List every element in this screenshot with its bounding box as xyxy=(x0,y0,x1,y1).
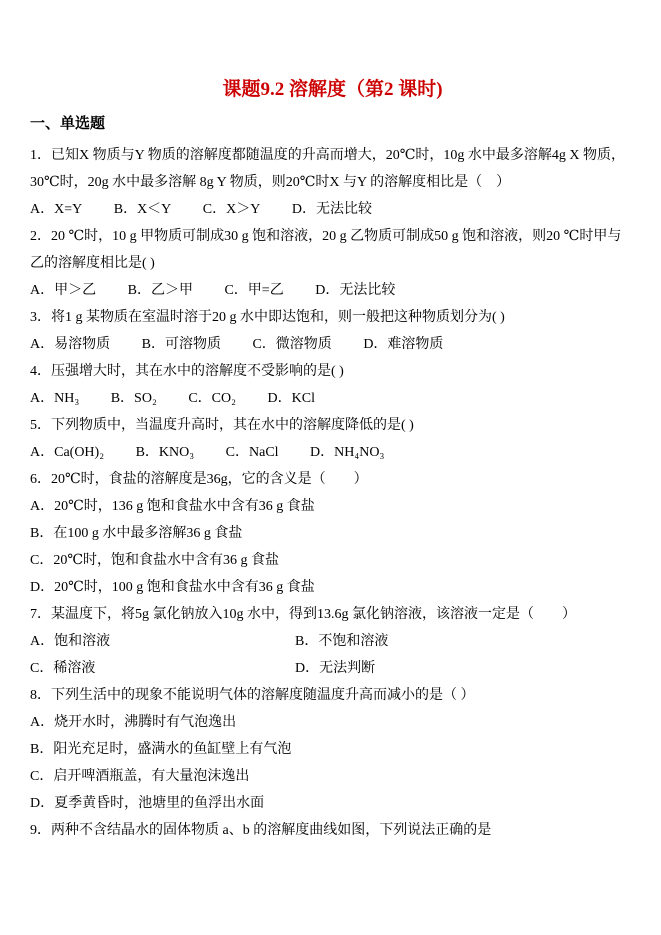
question-8-stem: 8．下列生活中的现象不能说明气体的溶解度随温度升高而减小的是（ ） xyxy=(30,682,635,709)
question-4-options: A．NH₃ B．SO₂ C．CO₂ D．KCl xyxy=(30,385,635,412)
question-8-option-c: C．启开啤酒瓶盖，有大量泡沫逸出 xyxy=(30,763,635,790)
question-4: 4．压强增大时，其在水中的溶解度不受影响的是( ) A．NH₃ B．SO₂ C．… xyxy=(30,358,635,412)
question-7-option-c: C．稀溶液 xyxy=(30,655,295,682)
question-5-option-d: D．NH₄NO₃ xyxy=(310,445,384,460)
question-7-option-d: D．无法判断 xyxy=(295,655,635,682)
question-3-option-c: C．微溶物质 xyxy=(252,337,331,352)
question-8-option-b: B．阳光充足时，盛满水的鱼缸壁上有气泡 xyxy=(30,736,635,763)
question-6-option-a: A．20℃时，136 g 饱和食盐水中含有36 g 食盐 xyxy=(30,493,635,520)
question-6-stem: 6．20℃时，食盐的溶解度是36g，它的含义是（ ） xyxy=(30,466,635,493)
question-8-options: A．烧开水时，沸腾时有气泡逸出 B．阳光充足时，盛满水的鱼缸壁上有气泡 C．启开… xyxy=(30,709,635,817)
question-3-option-d: D．难溶物质 xyxy=(363,337,443,352)
question-6-options: A．20℃时，136 g 饱和食盐水中含有36 g 食盐 B．在100 g 水中… xyxy=(30,493,635,601)
question-6-option-b: B．在100 g 水中最多溶解36 g 食盐 xyxy=(30,520,635,547)
question-7-stem: 7．某温度下，将5g 氯化钠放入10g 水中，得到13.6g 氯化钠溶液，该溶液… xyxy=(30,601,635,628)
question-8-option-d: D．夏季黄昏时，池塘里的鱼浮出水面 xyxy=(30,790,635,817)
question-1-option-b: B．X＜Y xyxy=(114,202,172,217)
question-6-option-d: D．20℃时，100 g 饱和食盐水中含有36 g 食盐 xyxy=(30,574,635,601)
question-4-option-c: C．CO₂ xyxy=(188,391,236,406)
page-title: 课题9.2 溶解度（第2 课时) xyxy=(30,76,635,104)
question-1-option-c: C．X＞Y xyxy=(203,202,261,217)
question-1: 1．已知X 物质与Y 物质的溶解度都随温度的升高而增大，20℃时，10g 水中最… xyxy=(30,142,635,223)
question-3-stem: 3．将1 g 某物质在室温时溶于20 g 水中即达饱和，则一般把这种物质划分为(… xyxy=(30,304,635,331)
question-5-option-c: C．NaCl xyxy=(226,445,279,460)
question-1-option-a: A．X=Y xyxy=(30,202,82,217)
question-8: 8．下列生活中的现象不能说明气体的溶解度随温度升高而减小的是（ ） A．烧开水时… xyxy=(30,682,635,817)
question-3-options: A．易溶物质 B．可溶物质 C．微溶物质 D．难溶物质 xyxy=(30,331,635,358)
question-6-option-c: C．20℃时，饱和食盐水中含有36 g 食盐 xyxy=(30,547,635,574)
question-1-options: A．X=Y B．X＜Y C．X＞Y D．无法比较 xyxy=(30,196,635,223)
question-list: 1．已知X 物质与Y 物质的溶解度都随温度的升高而增大，20℃时，10g 水中最… xyxy=(30,142,635,844)
question-5-option-b: B．KNO₃ xyxy=(136,445,195,460)
question-7-option-b: B．不饱和溶液 xyxy=(295,628,635,655)
question-2-stem: 2．20 ℃时，10 g 甲物质可制成30 g 饱和溶液，20 g 乙物质可制成… xyxy=(30,223,635,277)
question-2: 2．20 ℃时，10 g 甲物质可制成30 g 饱和溶液，20 g 乙物质可制成… xyxy=(30,223,635,304)
question-9: 9．两种不含结晶水的固体物质 a、b 的溶解度曲线如图，下列说法正确的是 xyxy=(30,817,635,844)
question-8-option-a: A．烧开水时，沸腾时有气泡逸出 xyxy=(30,709,635,736)
question-7-option-a: A．饱和溶液 xyxy=(30,628,295,655)
question-1-stem: 1．已知X 物质与Y 物质的溶解度都随温度的升高而增大，20℃时，10g 水中最… xyxy=(30,142,635,196)
question-4-option-b: B．SO₂ xyxy=(111,391,157,406)
question-4-option-d: D．KCl xyxy=(268,391,315,406)
worksheet-page: 课题9.2 溶解度（第2 课时) 一、单选题 1．已知X 物质与Y 物质的溶解度… xyxy=(0,0,661,935)
question-7-options: A．饱和溶液 B．不饱和溶液 C．稀溶液 D．无法判断 xyxy=(30,628,635,682)
question-5-option-a: A．Ca(OH)₂ xyxy=(30,445,104,460)
question-6: 6．20℃时，食盐的溶解度是36g，它的含义是（ ） A．20℃时，136 g … xyxy=(30,466,635,601)
question-5: 5．下列物质中，当温度升高时，其在水中的溶解度降低的是( ) A．Ca(OH)₂… xyxy=(30,412,635,466)
question-4-option-a: A．NH₃ xyxy=(30,391,79,406)
question-9-stem: 9．两种不含结晶水的固体物质 a、b 的溶解度曲线如图，下列说法正确的是 xyxy=(30,817,635,844)
question-3-option-b: B．可溶物质 xyxy=(142,337,221,352)
question-7: 7．某温度下，将5g 氯化钠放入10g 水中，得到13.6g 氯化钠溶液，该溶液… xyxy=(30,601,635,682)
question-1-option-d: D．无法比较 xyxy=(292,202,372,217)
question-2-options: A．甲＞乙 B．乙＞甲 C．甲=乙 D．无法比较 xyxy=(30,277,635,304)
question-2-option-d: D．无法比较 xyxy=(315,283,395,298)
question-2-option-b: B．乙＞甲 xyxy=(128,283,193,298)
question-5-stem: 5．下列物质中，当温度升高时，其在水中的溶解度降低的是( ) xyxy=(30,412,635,439)
question-5-options: A．Ca(OH)₂ B．KNO₃ C．NaCl D．NH₄NO₃ xyxy=(30,439,635,466)
question-2-option-a: A．甲＞乙 xyxy=(30,283,96,298)
question-3: 3．将1 g 某物质在室温时溶于20 g 水中即达饱和，则一般把这种物质划分为(… xyxy=(30,304,635,358)
section-heading: 一、单选题 xyxy=(30,111,635,138)
question-2-option-c: C．甲=乙 xyxy=(224,283,283,298)
question-3-option-a: A．易溶物质 xyxy=(30,337,110,352)
question-4-stem: 4．压强增大时，其在水中的溶解度不受影响的是( ) xyxy=(30,358,635,385)
